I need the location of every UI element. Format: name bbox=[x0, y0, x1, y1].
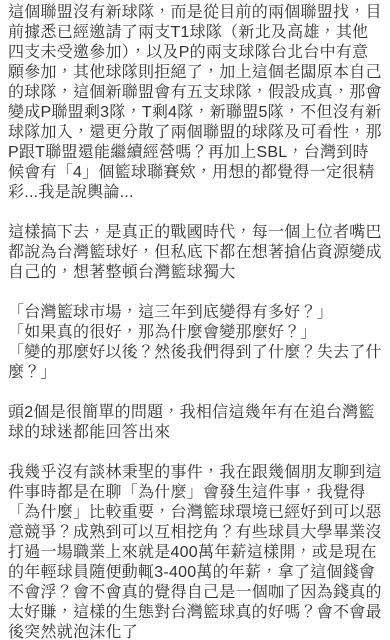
paragraph-new-league: 這個聯盟沒有新球隊，而是從目前的兩個聯盟找，目前據悉已經邀請了兩支T1球隊（新北… bbox=[8, 3, 382, 203]
paragraph-why-it-happened: 我幾乎沒有談林秉聖的事件，我在跟幾個朋友聊到這件事時都是在聊「為什麼」會發生這件… bbox=[8, 463, 382, 640]
paragraph-simple-questions: 頭2個是很簡單的問題，我相信這幾年有在追台灣籃球的球迷都能回答出來 bbox=[8, 403, 382, 443]
paragraph-three-questions: 「台灣籃球市場，這三年到底變得有多好？」 「如果真的很好，那為什麼會變那麼好？」… bbox=[8, 303, 382, 383]
article-text: 這個聯盟沒有新球隊，而是從目前的兩個聯盟找，目前據悉已經邀請了兩支T1球隊（新北… bbox=[0, 0, 390, 640]
paragraph-warring-states: 這樣搞下去，是真正的戰國時代，每一個上位者嘴巴都說為台灣籃球好，但私底下都在想著… bbox=[8, 223, 382, 283]
page: { "page": { "background_color": "#ffffff… bbox=[0, 0, 390, 640]
